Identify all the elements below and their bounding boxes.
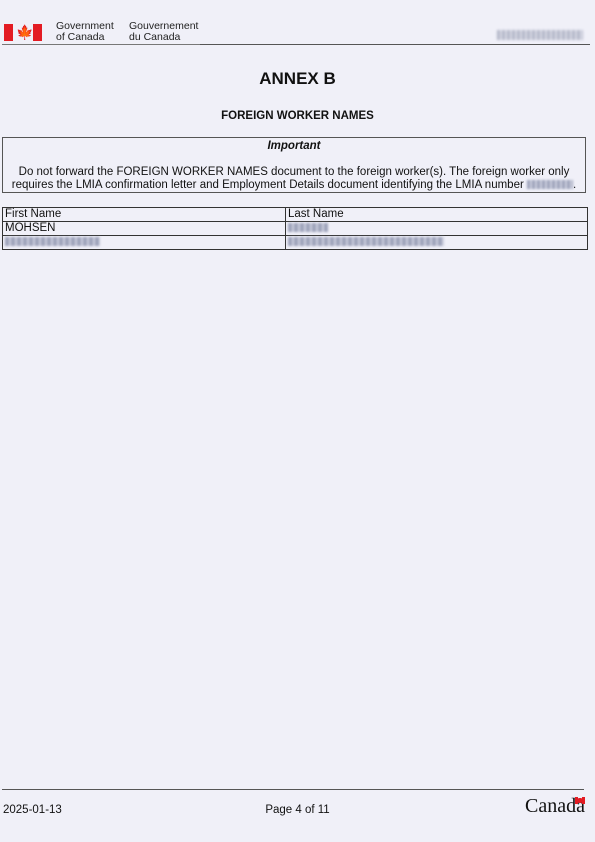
column-header-first-name: First Name	[3, 208, 286, 222]
section-subtitle: FOREIGN WORKER NAMES	[0, 110, 595, 122]
table-row	[3, 236, 588, 250]
gov-en-line-1: Government	[56, 21, 114, 32]
gov-fr-line-1: Gouvernement	[129, 21, 198, 32]
gov-en-line-2: of Canada	[56, 32, 114, 43]
header-divider	[2, 44, 202, 45]
page-header: 🍁 Government of Canada Gouvernement du C…	[0, 0, 595, 48]
page-title: ANNEX B	[0, 69, 595, 89]
last-name-cell	[286, 236, 588, 250]
canada-flag-icon: 🍁	[4, 24, 42, 41]
canada-wordmark-flag-icon	[575, 797, 585, 804]
gouvernement-du-canada-label: Gouvernement du Canada	[129, 21, 198, 42]
lmia-number-redacted	[527, 180, 573, 189]
footer-divider	[2, 789, 584, 790]
important-body: Do not forward the FOREIGN WORKER NAMES …	[3, 166, 585, 192]
first-name-cell: MOHSEN	[3, 222, 286, 236]
first-name-cell	[3, 236, 286, 250]
important-heading: Important	[3, 140, 585, 152]
last-name-redacted	[288, 223, 328, 232]
lmia-reference-redacted	[497, 30, 583, 40]
important-body-end: .	[573, 179, 576, 191]
header-divider-right	[200, 44, 590, 45]
table-header-row: First Name Last Name	[3, 208, 588, 222]
first-name-redacted	[5, 237, 100, 246]
table-row: MOHSEN	[3, 222, 588, 236]
important-notice: Important Do not forward the FOREIGN WOR…	[2, 137, 586, 193]
foreign-worker-names-table: First Name Last Name MOHSEN	[2, 207, 588, 250]
last-name-redacted	[288, 237, 444, 246]
column-header-last-name: Last Name	[286, 208, 588, 222]
last-name-cell	[286, 222, 588, 236]
government-of-canada-label: Government of Canada	[56, 21, 114, 42]
important-body-text: Do not forward the FOREIGN WORKER NAMES …	[12, 166, 570, 191]
page-number: Page 4 of 11	[0, 804, 595, 816]
gov-fr-line-2: du Canada	[129, 32, 198, 43]
